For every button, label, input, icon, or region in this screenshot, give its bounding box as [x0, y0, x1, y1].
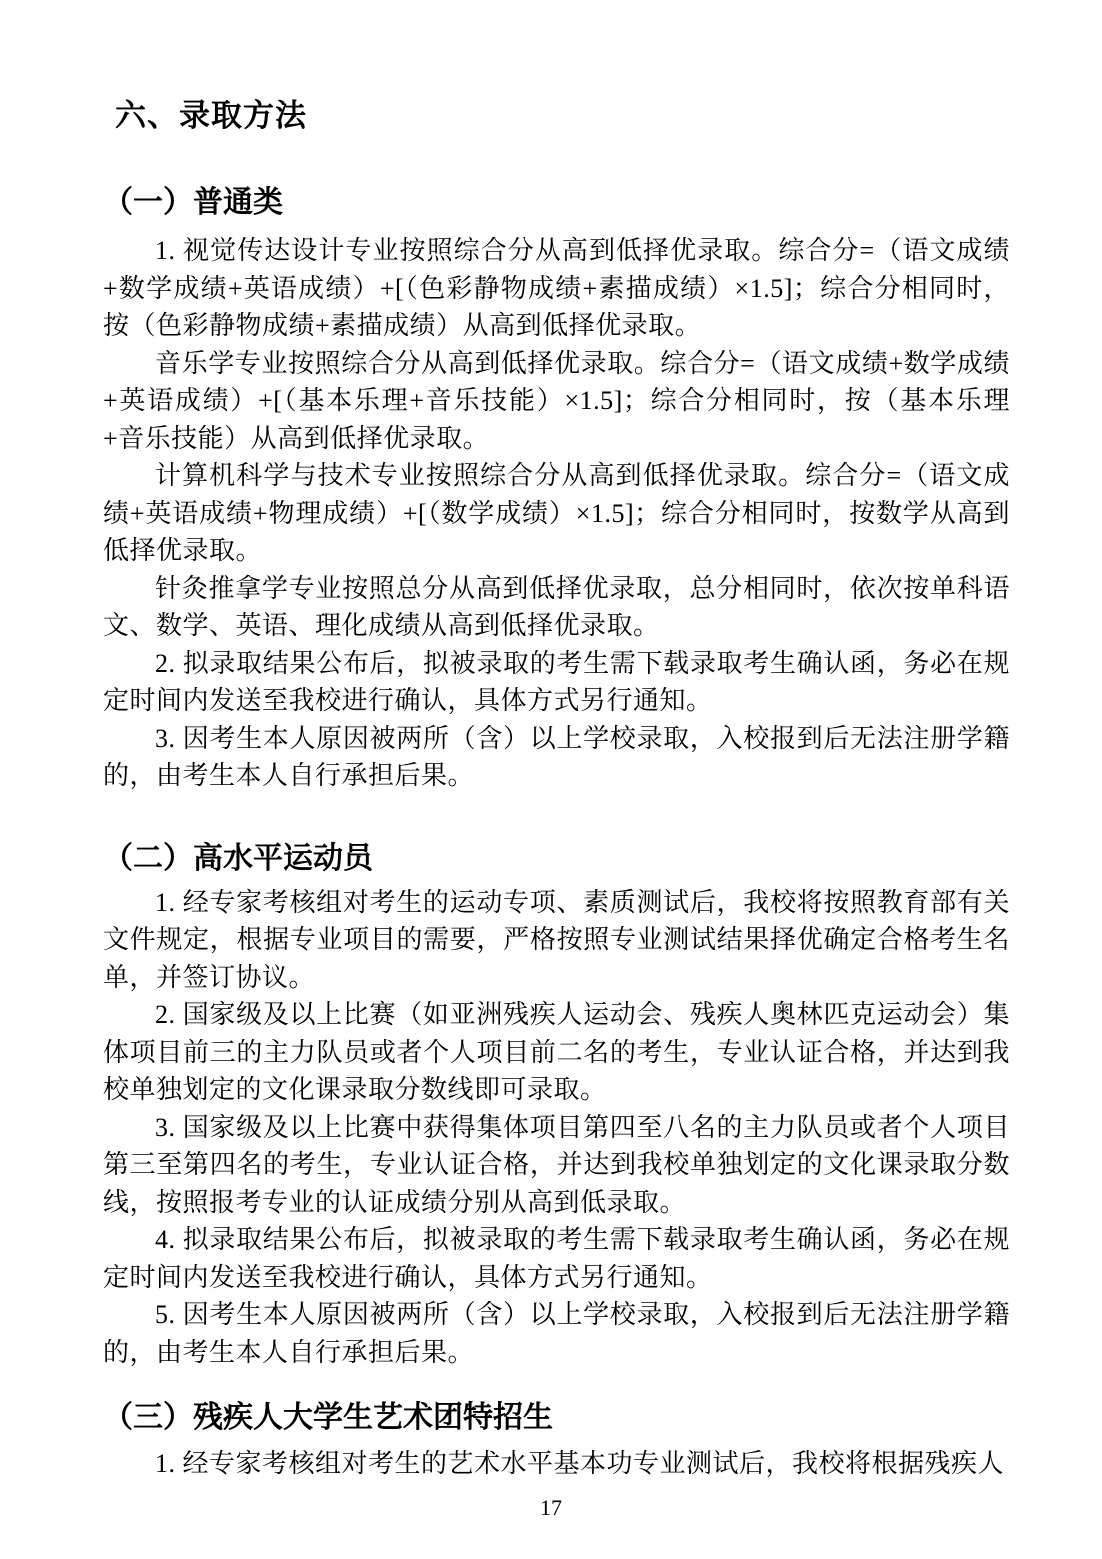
doc-title: 六、录取方法	[103, 96, 1010, 136]
paragraph: 5. 因考生本人原因被两所（含）以上学校录取，入校报到后无法注册学籍的，由考生本…	[103, 1296, 1010, 1371]
paragraph: 针灸推拿学专业按照总分从高到低择优录取，总分相同时，依次按单科语文、数学、英语、…	[103, 570, 1010, 645]
paragraph: 1. 经专家考核组对考生的运动专项、素质测试后，我校将按照教育部有关文件规定，根…	[103, 884, 1010, 997]
paragraph: 音乐学专业按照综合分从高到低择优录取。综合分=（语文成绩+数学成绩+英语成绩）+…	[103, 345, 1010, 458]
section-heading: （二）高水平运动员	[103, 839, 1010, 879]
paragraph: 3. 因考生本人原因被两所（含）以上学校录取，入校报到后无法注册学籍的，由考生本…	[103, 720, 1010, 795]
section-heading: （三）残疾人大学生艺术团特招生	[103, 1398, 1010, 1438]
section-high-level-athletes: （二）高水平运动员 1. 经专家考核组对考生的运动专项、素质测试后，我校将按照教…	[103, 839, 1010, 1372]
paragraph: 计算机科学与技术专业按照综合分从高到低择优录取。综合分=（语文成绩+英语成绩+物…	[103, 457, 1010, 570]
paragraph: 4. 拟录取结果公布后，拟被录取的考生需下载录取考生确认函，务必在规定时间内发送…	[103, 1221, 1010, 1296]
document-content: 六、录取方法 （一）普通类 1. 视觉传达设计专业按照综合分从高到低择优录取。综…	[0, 0, 1102, 1483]
document-page: 六、录取方法 （一）普通类 1. 视觉传达设计专业按照综合分从高到低择优录取。综…	[0, 0, 1102, 1559]
paragraph: 2. 拟录取结果公布后，拟被录取的考生需下载录取考生确认函，务必在规定时间内发送…	[103, 645, 1010, 720]
paragraph: 2. 国家级及以上比赛（如亚洲残疾人运动会、残疾人奥林匹克运动会）集体项目前三的…	[103, 996, 1010, 1109]
section-heading: （一）普通类	[103, 183, 1010, 223]
section-general-category: （一）普通类 1. 视觉传达设计专业按照综合分从高到低择优录取。综合分=（语文成…	[103, 183, 1010, 795]
page-number: 17	[0, 1495, 1102, 1521]
section-disabled-art-troupe: （三）残疾人大学生艺术团特招生 1. 经专家考核组对考生的艺术水平基本功专业测试…	[103, 1398, 1010, 1483]
paragraph: 3. 国家级及以上比赛中获得集体项目第四至八名的主力队员或者个人项目第三至第四名…	[103, 1109, 1010, 1222]
paragraph: 1. 经专家考核组对考生的艺术水平基本功专业测试后，我校将根据残疾人	[103, 1445, 1010, 1483]
paragraph: 1. 视觉传达设计专业按照综合分从高到低择优录取。综合分=（语文成绩+数学成绩+…	[103, 232, 1010, 345]
